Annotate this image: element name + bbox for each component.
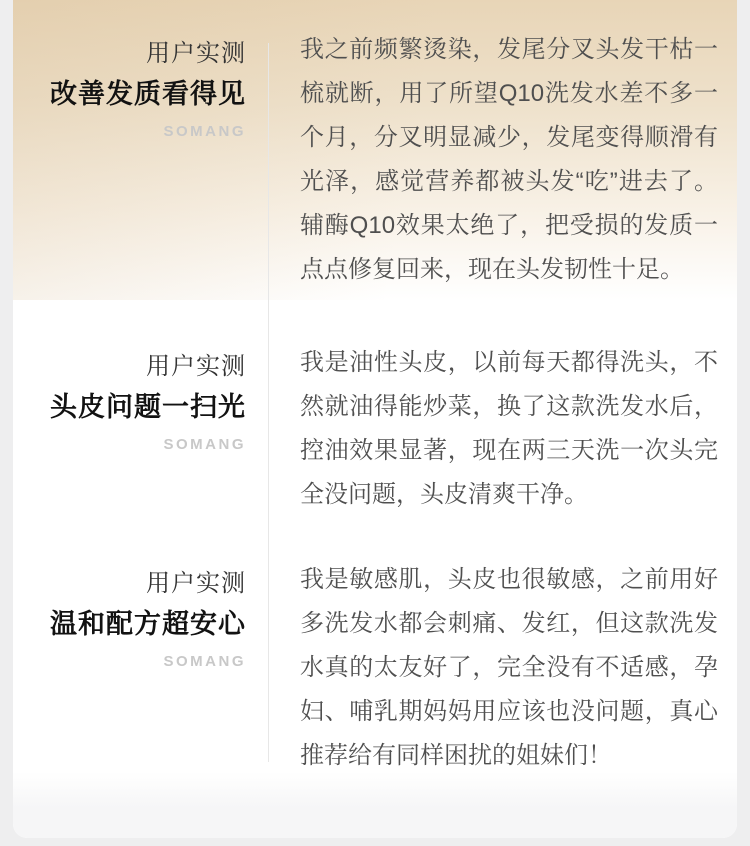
card-footer — [13, 772, 737, 838]
section-tag: 用户实测 — [13, 566, 246, 602]
section-tag: 用户实测 — [13, 36, 246, 72]
section-title: 头皮问题一扫光 — [13, 387, 246, 427]
review-text: 我是油性头皮，以前每天都得洗头，不然就油得能炒菜，换了这款洗发水后，控油效果显著… — [300, 341, 718, 517]
section-tag: 用户实测 — [13, 349, 246, 385]
brand-label: SOMANG — [13, 433, 246, 457]
brand-label: SOMANG — [13, 650, 246, 674]
section-title: 改善发质看得见 — [13, 74, 246, 114]
vertical-divider — [268, 43, 269, 762]
section-heading-2: 用户实测 头皮问题一扫光 SOMANG — [13, 341, 246, 457]
section-heading-1: 用户实测 改善发质看得见 SOMANG — [13, 28, 246, 144]
brand-label: SOMANG — [13, 120, 246, 144]
section-heading-3: 用户实测 温和配方超安心 SOMANG — [13, 558, 246, 674]
review-text: 我之前频繁烫染，发尾分叉头发干枯一梳就断，用了所望Q10洗发水差不多一个月，分叉… — [300, 28, 718, 292]
section-title: 温和配方超安心 — [13, 604, 246, 644]
review-text: 我是敏感肌，头皮也很敏感，之前用好多洗发水都会刺痛、发红，但这款洗发水真的太友好… — [300, 558, 718, 778]
reviews-card: 用户实测 改善发质看得见 SOMANG 我之前频繁烫染，发尾分叉头发干枯一梳就断… — [13, 0, 737, 838]
